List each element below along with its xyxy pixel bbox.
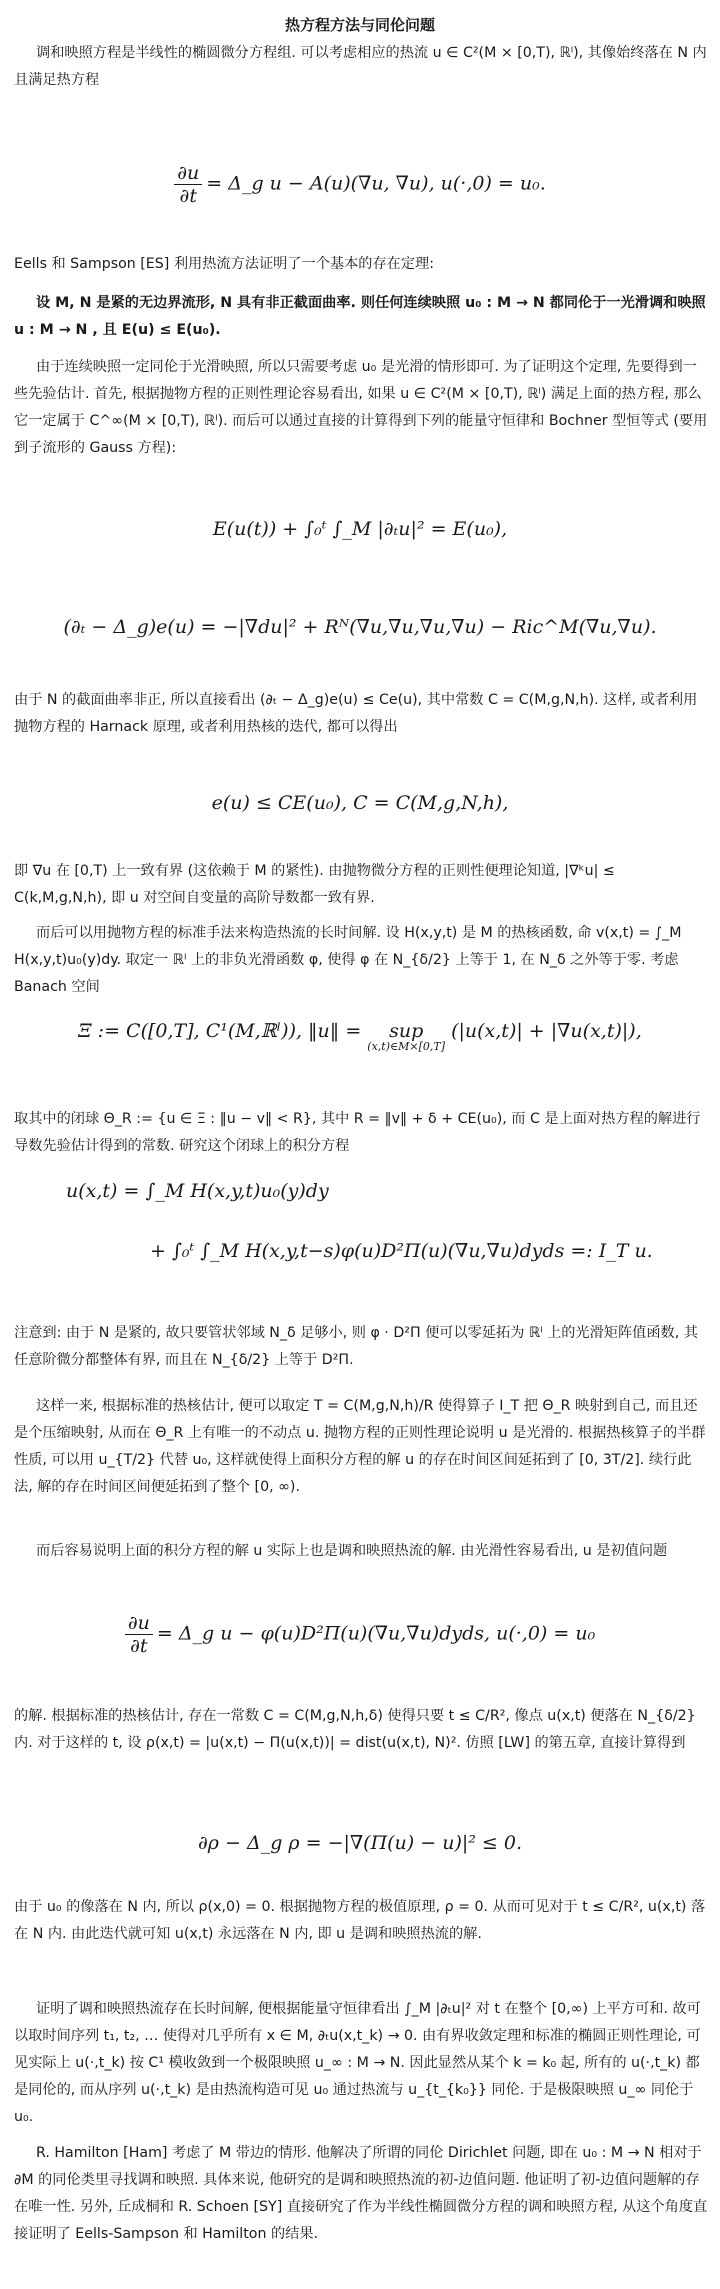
theorem-statement: 设 M, N 是紧的无边界流形, N 具有非正截面曲率. 则任何连续映照 u₀ … bbox=[14, 290, 708, 344]
paragraph-gradient-bound: 即 ∇u 在 [0,T) 上一致有界 (这依赖于 M 的紧性). 由抛物微分方程… bbox=[14, 858, 708, 912]
paragraph-note: 注意到: 由于 N 是紧的, 故只要管状邻域 N_δ 足够小, 则 φ · D²… bbox=[14, 1320, 708, 1374]
equation-estimate: e(u) ≤ CE(u₀), C = C(M,g,N,h), bbox=[0, 792, 720, 814]
fraction-du-dt: ∂u ∂t bbox=[125, 1612, 153, 1657]
sup-operator: sup (x,t)∈M×[0,T] bbox=[367, 1020, 445, 1053]
paragraph-contraction: 这样一来, 根据标准的热核估计, 便可以取定 T = C(M,g,N,h)/R … bbox=[14, 1393, 708, 1501]
paragraph-heat-kernel-estimate: 的解. 根据标准的热核估计, 存在一常数 C = C(M,g,N,h,δ) 使得… bbox=[14, 1703, 708, 1757]
paragraph-convergence: 证明了调和映照热流存在长时间解, 便根据能量守恒律看出 ∫_M |∂ₜu|² 对… bbox=[14, 1996, 708, 2131]
equation-banach-space: Ξ := C([0,T], C¹(M,ℝˡ)), ‖u‖ = sup (x,t)… bbox=[0, 1020, 720, 1053]
paragraph-eells-sampson: Eells 和 Sampson [ES] 利用热流方法证明了一个基本的存在定理: bbox=[14, 251, 708, 278]
paragraph-long-time: 而后可以用抛物方程的标准手法来构造热流的长时间解. 设 H(x,y,t) 是 M… bbox=[14, 920, 708, 1001]
equation-rho: ∂ρ − Δ_g ρ = −|∇(Π(u) − u)|² ≤ 0. bbox=[0, 1832, 720, 1854]
equation-heat-flow: ∂u ∂t = Δ_g u − A(u)(∇u, ∇u), u(·,0) = u… bbox=[0, 162, 720, 207]
paragraph-ivp: 而后容易说明上面的积分方程的解 u 实际上也是调和映照热流的解. 由光滑性容易看… bbox=[14, 1538, 708, 1565]
fraction-du-dt: ∂u ∂t bbox=[174, 162, 202, 207]
paragraph-regularity: 由于连续映照一定同伦于光滑映照, 所以只需要考虑 u₀ 是光滑的情形即可. 为了… bbox=[14, 354, 708, 462]
equation-integral-line1: u(x,t) = ∫_M H(x,y,t)u₀(y)dy bbox=[66, 1180, 706, 1202]
paragraph-curvature: 由于 N 的截面曲率非正, 所以直接看出 (∂ₜ − Δ_g)e(u) ≤ Ce… bbox=[14, 687, 708, 741]
equation-ivp: ∂u ∂t = Δ_g u − φ(u)D²Π(u)(∇u,∇u)dyds, u… bbox=[0, 1612, 720, 1657]
equation-integral-line2: + ∫₀ᵗ ∫_M H(x,y,t−s)φ(u)D²Π(u)(∇u,∇u)dyd… bbox=[150, 1240, 710, 1262]
paragraph-intro: 调和映照方程是半线性的椭圆微分方程组. 可以考虑相应的热流 u ∈ C²(M ×… bbox=[14, 40, 708, 94]
equation-bochner: (∂ₜ − Δ_g)e(u) = −|∇du|² + Rᴺ(∇u,∇u,∇u,∇… bbox=[0, 616, 720, 638]
paragraph-closed-ball: 取其中的闭球 Θ_R := {u ∈ Ξ : ‖u − v‖ < R}, 其中 … bbox=[14, 1106, 708, 1160]
paragraph-hamilton: R. Hamilton [Ham] 考虑了 M 带边的情形. 他解决了所谓的同伦… bbox=[14, 2140, 708, 2248]
equation-energy-conservation: E(u(t)) + ∫₀ᵗ ∫_M |∂ₜu|² = E(u₀), bbox=[0, 518, 720, 540]
paragraph-maximum-principle: 由于 u₀ 的像落在 N 内, 所以 ρ(x,0) = 0. 根据抛物方程的极值… bbox=[14, 1894, 708, 1948]
document-title: 热方程方法与同伦问题 bbox=[0, 14, 720, 35]
